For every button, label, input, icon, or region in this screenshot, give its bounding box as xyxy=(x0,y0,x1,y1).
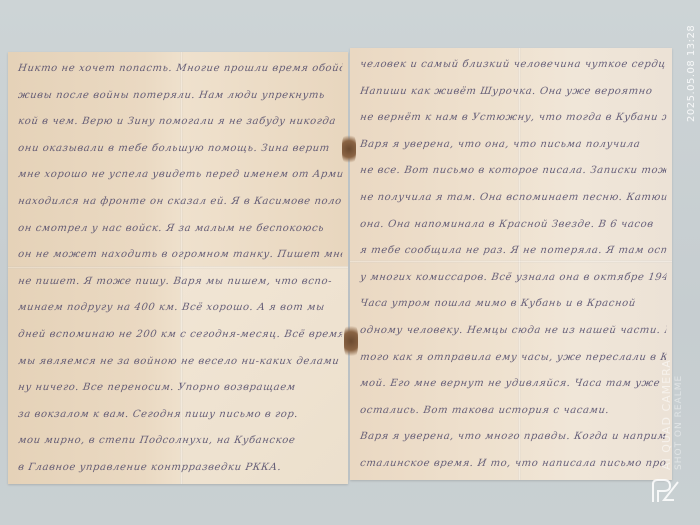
handwritten-line: он не может находить в огромном танку. П… xyxy=(16,242,344,269)
camera-watermark-sub: SHOT ON REALME xyxy=(674,375,684,470)
handwritten-line: за вокзалом к вам. Сегодня пишу письмо в… xyxy=(16,402,344,429)
camera-watermark: AI QUAD CAMERA xyxy=(660,359,673,470)
handwritten-line: минаем подругу на 400 км. Всё хорошо. А … xyxy=(16,295,344,322)
handwritten-line: он смотрел у нас войск. Я за малым не бе… xyxy=(16,216,344,243)
handwritten-line: Напиши как живёт Шурочка. Она уже вероят… xyxy=(358,79,668,106)
handwritten-line: находился на фронте он сказал ей. Я в Ка… xyxy=(16,189,344,216)
handwritten-line: остались. Вот такова история с часами. xyxy=(358,398,668,425)
handwritten-line: у многих комиссаров. Всё узнала она в ок… xyxy=(358,265,668,292)
handwritten-line: они оказывали в тебе большую помощь. Зин… xyxy=(16,136,344,163)
handwritten-line: не пишет. Я тоже пишу. Варя мы пишем, чт… xyxy=(16,269,344,296)
handwritten-line: живы после войны потеряли. Нам люди упре… xyxy=(16,83,344,110)
handwritten-line: Варя я уверена, что она, что письма полу… xyxy=(358,132,668,159)
rust-stain-bottom xyxy=(344,322,358,360)
handwritten-line: Часа утром пошла мимо в Кубань и в Красн… xyxy=(358,291,668,318)
photo-timestamp: 2025.05.08 13:28 xyxy=(686,25,697,122)
handwritten-line: человек и самый близкий человечина чутко… xyxy=(358,52,668,79)
handwritten-line: мой. Его мне вернут не удивляйся. Часа т… xyxy=(358,371,668,398)
handwritten-line: не вернёт к нам в Устюжну, что тогда в К… xyxy=(358,105,668,132)
handwritten-line: я тебе сообщила не раз. Я не потеряла. Я… xyxy=(358,238,668,265)
handwritten-line: кой в чем. Верю и Зину помогали я не заб… xyxy=(16,109,344,136)
handwritten-line: дней вспоминаю не 200 км с сегодня-месяц… xyxy=(16,322,344,349)
letter-left-page: Никто не хочет попасть. Многие прошли вр… xyxy=(8,52,348,484)
handwritten-line: она. Она напоминала в Красной Звезде. В … xyxy=(358,212,668,239)
handwritten-line: мои мирно, в степи Подсолнухи, на Кубанс… xyxy=(16,428,344,455)
handwritten-line: мы являемся не за войною не весело ни-ка… xyxy=(16,349,344,376)
handwritten-line: ну ничего. Все переносим. Упорно возвращ… xyxy=(16,375,344,402)
letter-right-page: человек и самый близкий человечина чутко… xyxy=(350,48,672,480)
handwritten-text-right: человек и самый близкий человечина чутко… xyxy=(360,52,666,478)
handwritten-line: в Главное управление контрразведки РККА. xyxy=(16,455,344,482)
handwritten-line: Варя я уверена, что много правды. Когда … xyxy=(358,424,668,451)
handwritten-line: Никто не хочет попасть. Многие прошли вр… xyxy=(16,56,344,83)
handwritten-line: не получила я там. Она вспоминает песню.… xyxy=(358,185,668,212)
handwritten-line: того как я отправила ему часы, уже перес… xyxy=(358,345,668,372)
handwritten-line: одному человеку. Немцы сюда не из нашей … xyxy=(358,318,668,345)
handwritten-line: сталинское время. И то, что написала пис… xyxy=(358,451,668,478)
handwritten-line: мне хорошо не успела увидеть перед имене… xyxy=(16,162,344,189)
handwritten-line: не все. Вот письмо в которое писала. Зап… xyxy=(358,158,668,185)
realme-logo-icon xyxy=(650,478,680,504)
rust-stain-top xyxy=(342,132,356,166)
handwritten-text-left: Никто не хочет попасть. Многие прошли вр… xyxy=(18,56,342,482)
